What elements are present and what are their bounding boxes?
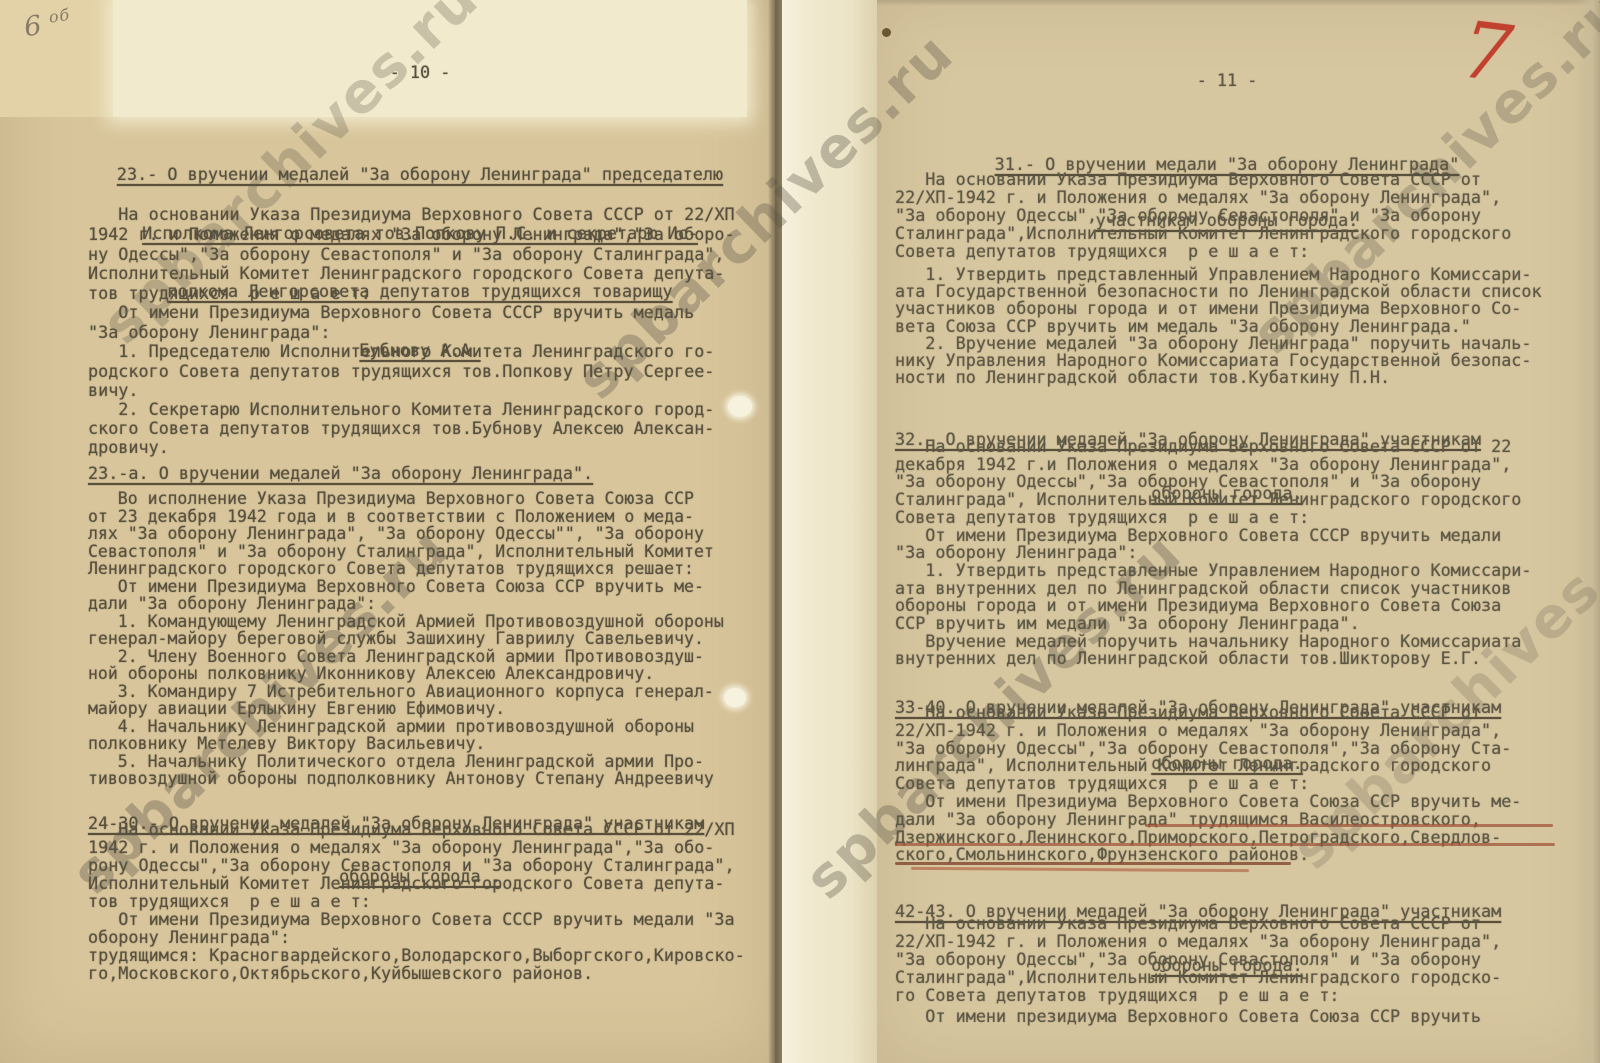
section-24-30-paragraph: На основании Указа Президиума Верховного… bbox=[88, 820, 745, 982]
left-page: - 10 - 23.- О вручении медалей "За оборо… bbox=[0, 0, 773, 1063]
pencil-folio-note-number: 6 bbox=[22, 10, 43, 43]
red-sheet-number: 7 bbox=[1457, 11, 1516, 94]
page-fold-edge bbox=[782, 0, 877, 1063]
left-page-number: - 10 - bbox=[88, 62, 752, 82]
section-23a-heading: 23.-а. О вручении медалей "За оборону Ле… bbox=[88, 463, 593, 483]
right-page-right-edge bbox=[1576, 0, 1600, 1063]
red-pencil-underline bbox=[895, 862, 1291, 865]
ink-dot bbox=[882, 28, 891, 37]
pencil-folio-note-suffix: об bbox=[48, 5, 72, 27]
paper-hole-spot bbox=[728, 396, 752, 417]
red-pencil-underline bbox=[895, 843, 1555, 846]
section-23-paragraph: 2. Секретарю Исполнительного Комитета Ле… bbox=[88, 400, 714, 457]
right-page-top-edge bbox=[877, 0, 1600, 6]
page-fold-shadow bbox=[768, 0, 782, 1063]
document-scan: - 10 - 23.- О вручении медалей "За оборо… bbox=[0, 0, 1600, 1063]
section-31-paragraph: На основании Указа Президиума Верховного… bbox=[895, 170, 1511, 260]
left-page-light-patch bbox=[113, 0, 747, 117]
section-31-paragraph: 1. Утвердить представленный Управлением … bbox=[895, 266, 1542, 386]
section-32-paragraph: На основании Указа Президиума Верховного… bbox=[895, 438, 1532, 668]
section-42-43-paragraph: От имени президиума Верховного Совета Со… bbox=[895, 1006, 1481, 1026]
right-page: - 11 - 31.- О вручении медали "За оборон… bbox=[877, 0, 1600, 1063]
pencil-folio-note: 6 об bbox=[22, 5, 73, 43]
section-33-40-paragraph: На основании Указа Президиума Верховного… bbox=[895, 704, 1521, 864]
paper-hole-spot bbox=[724, 688, 746, 707]
section-23a-paragraph: Во исполнение Указа Президиума Верховног… bbox=[88, 490, 724, 788]
section-42-43-paragraph: На основании Указа Президиума Верховного… bbox=[895, 914, 1501, 1004]
section-23-paragraph: На основании Указа Президиума Верховного… bbox=[88, 205, 735, 304]
red-pencil-underline bbox=[1145, 824, 1553, 827]
section-23-paragraph: От имени Президиума Верховного Совета СС… bbox=[88, 303, 714, 401]
section-23-heading-line: 23.- О вручении медалей "За оборону Лени… bbox=[88, 165, 752, 185]
